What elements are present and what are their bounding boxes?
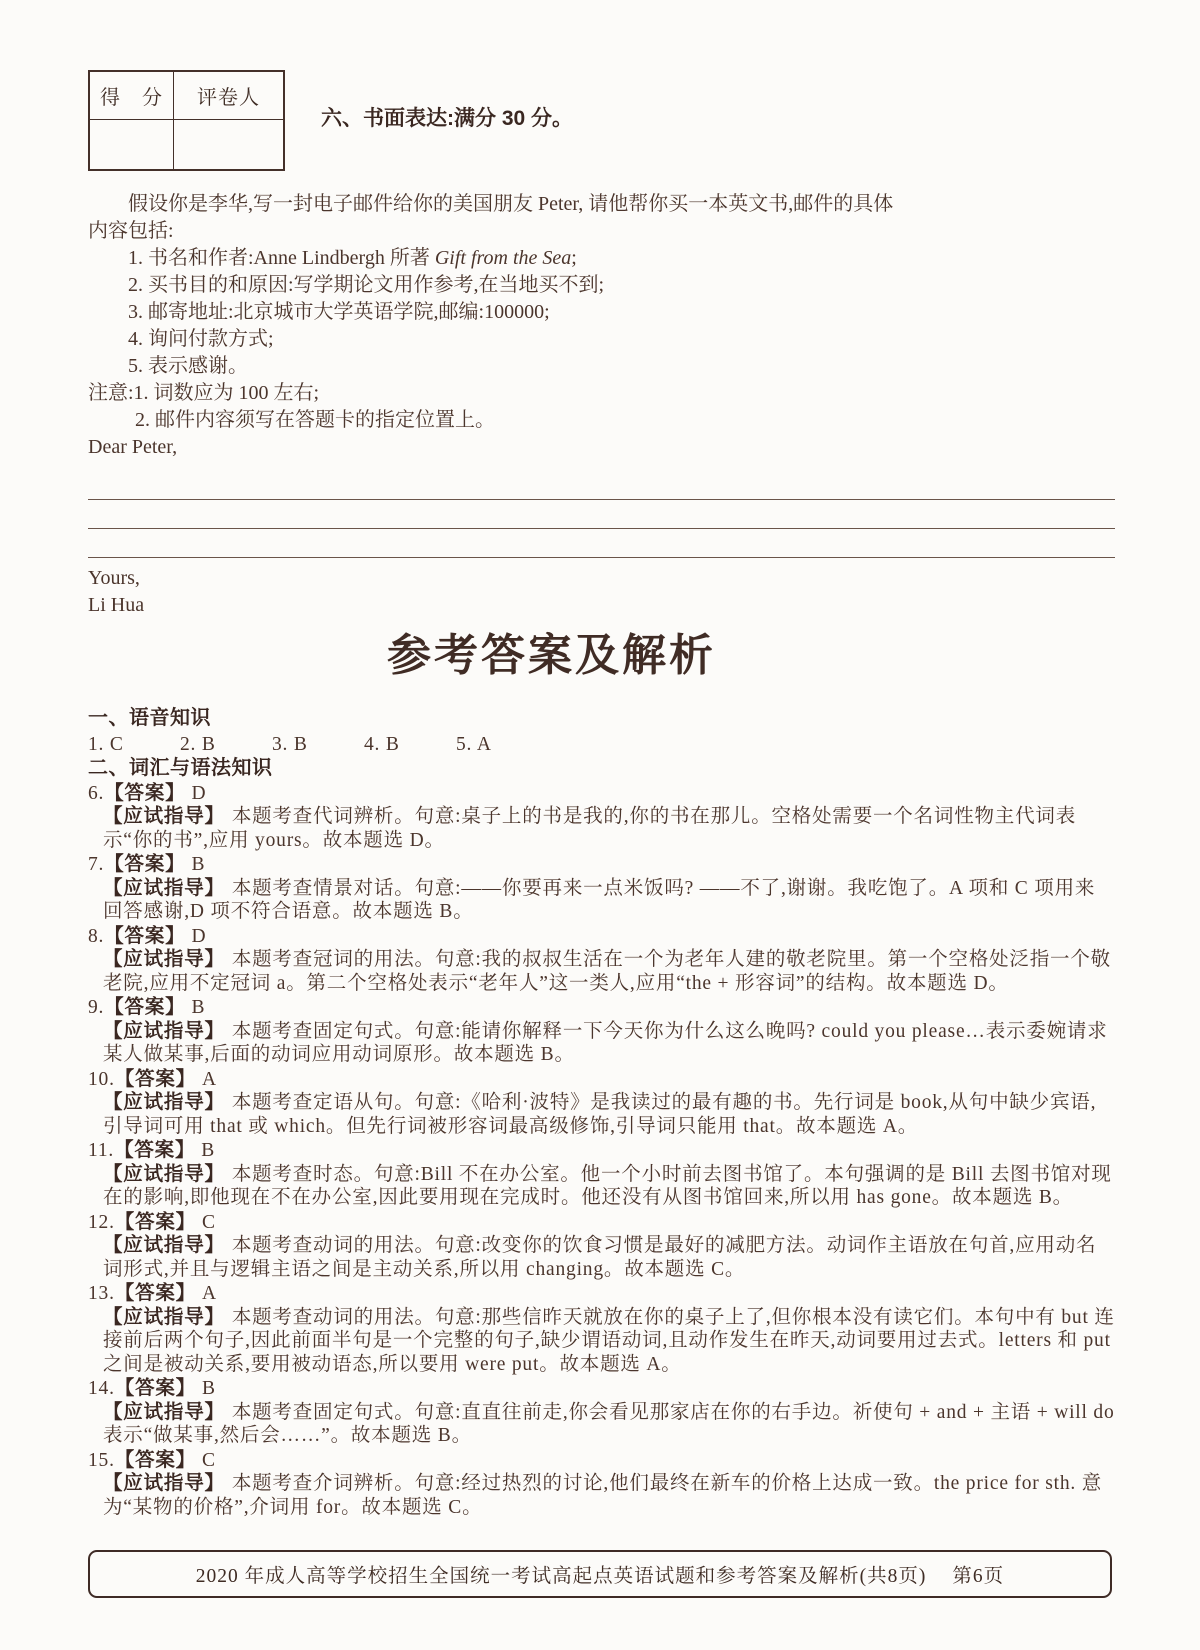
guide-label: 【应试指导】 xyxy=(103,1234,225,1256)
guide-paragraph: 【应试指导】本题考查定语从句。句意:《哈利·波特》是我读过的最有趣的书。先行词是… xyxy=(103,1091,1115,1138)
task-item-text: ; xyxy=(571,247,577,269)
answer-number: 7. xyxy=(88,854,104,875)
guide-label: 【应试指导】 xyxy=(103,1163,225,1185)
score-table: 得 分 评卷人 xyxy=(88,70,285,171)
section1-heading: 一、语音知识 xyxy=(88,707,1115,731)
answer-number: 13. xyxy=(88,1283,115,1304)
footer-text: 2020 年成人高等学校招生全国统一考试高起点英语试题和参考答案及解析(共8页) xyxy=(196,1560,927,1588)
guide-text: 本题考查固定句式。句意:能请你解释一下今天你为什么这么晚吗? could you… xyxy=(103,1021,1108,1066)
answer-label: 【答案】 xyxy=(104,925,185,947)
guide-label: 【应试指导】 xyxy=(103,1472,225,1494)
guide-text: 本题考查定语从句。句意:《哈利·波特》是我读过的最有趣的书。先行词是 book,… xyxy=(103,1092,1096,1137)
answer-line: 15.【答案】C xyxy=(88,1449,1115,1473)
guide-label: 【应试指导】 xyxy=(103,1020,225,1042)
answer-letter: C xyxy=(202,1212,216,1233)
answer-line: 12.【答案】C xyxy=(88,1211,1115,1235)
task-item: 4. 询问付款方式; xyxy=(88,326,1115,353)
answer-number: 15. xyxy=(88,1450,115,1471)
guide-paragraph: 【应试指导】本题考查介词辨析。句意:经过热烈的讨论,他们最终在新车的价格上达成一… xyxy=(103,1472,1115,1519)
guide-paragraph: 【应试指导】本题考查冠词的用法。句意:我的叔叔生活在一个为老年人建的敬老院里。第… xyxy=(103,948,1115,995)
grader-label-cell: 评卷人 xyxy=(174,72,283,120)
answer-letter: A xyxy=(202,1283,217,1304)
answer-line: 6.【答案】D xyxy=(88,782,1115,806)
answer-item: 8.【答案】D 【应试指导】本题考查冠词的用法。句意:我的叔叔生活在一个为老年人… xyxy=(88,925,1115,996)
writing-line xyxy=(88,529,1115,558)
guide-paragraph: 【应试指导】本题考查情景对话。句意:——你要再来一点米饭吗? ——不了,谢谢。我… xyxy=(103,877,1115,924)
guide-paragraph: 【应试指导】本题考查动词的用法。句意:那些信昨天就放在你的桌子上了,但你根本没有… xyxy=(103,1306,1115,1377)
answer-line: 8.【答案】D xyxy=(88,925,1115,949)
phonetic-answer: 4. B xyxy=(364,733,456,757)
answer-label: 【答案】 xyxy=(115,1377,196,1399)
guide-label: 【应试指导】 xyxy=(103,1306,225,1328)
answer-label: 【答案】 xyxy=(115,1068,196,1090)
answer-line: 7.【答案】B xyxy=(88,853,1115,877)
answer-letter: B xyxy=(202,1378,216,1399)
guide-label: 【应试指导】 xyxy=(103,1091,225,1113)
answer-label: 【答案】 xyxy=(104,853,185,875)
writing-task: 假设你是李华,写一封电子邮件给你的美国朋友 Peter, 请他帮你买一本英文书,… xyxy=(88,191,1115,461)
closing: Yours, Li Hua xyxy=(88,565,1115,619)
answer-item: 15.【答案】C 【应试指导】本题考查介词辨析。句意:经过热烈的讨论,他们最终在… xyxy=(88,1449,1115,1520)
writing-line xyxy=(88,461,1115,500)
answer-item: 11.【答案】B 【应试指导】本题考查时态。句意:Bill 不在办公室。他一个小… xyxy=(88,1139,1115,1210)
answer-key: 一、语音知识 1. C 2. B 3. B 4. B 5. A 二、词汇与语法知… xyxy=(88,707,1115,1519)
answer-label: 【答案】 xyxy=(115,1211,196,1233)
writing-lines xyxy=(88,461,1115,558)
answer-label: 【答案】 xyxy=(114,1139,195,1161)
guide-label: 【应试指导】 xyxy=(103,1401,225,1423)
answer-letter: A xyxy=(202,1069,217,1090)
answer-item: 7.【答案】B 【应试指导】本题考查情景对话。句意:——你要再来一点米饭吗? —… xyxy=(88,853,1115,924)
score-empty-cell xyxy=(90,120,174,169)
answer-item: 9.【答案】B 【应试指导】本题考查固定句式。句意:能请你解释一下今天你为什么这… xyxy=(88,996,1115,1067)
phonetic-answer: 5. A xyxy=(456,733,548,757)
answer-line: 11.【答案】B xyxy=(88,1139,1115,1163)
answer-line: 10.【答案】A xyxy=(88,1068,1115,1092)
closing-yours: Yours, xyxy=(88,565,1115,592)
guide-text: 本题考查冠词的用法。句意:我的叔叔生活在一个为老年人建的敬老院里。第一个空格处泛… xyxy=(103,949,1111,994)
answer-item: 14.【答案】B 【应试指导】本题考查固定句式。句意:直直往前走,你会看见那家店… xyxy=(88,1377,1115,1448)
answer-number: 10. xyxy=(88,1069,115,1090)
section2-heading: 二、词汇与语法知识 xyxy=(88,757,1115,781)
guide-text: 本题考查情景对话。句意:——你要再来一点米饭吗? ——不了,谢谢。我吃饱了。A … xyxy=(103,878,1095,923)
guide-text: 本题考查动词的用法。句意:改变你的饮食习惯是最好的减肥方法。动词作主语放在句首,… xyxy=(103,1235,1096,1280)
answer-label: 【答案】 xyxy=(104,996,185,1018)
answer-letter: C xyxy=(202,1450,216,1471)
answer-key-title: 参考答案及解析 xyxy=(38,631,1065,681)
guide-label: 【应试指导】 xyxy=(103,877,225,899)
note-line: 2. 邮件内容须写在答题卡的指定位置上。 xyxy=(88,407,1115,434)
guide-text: 本题考查介词辨析。句意:经过热烈的讨论,他们最终在新车的价格上达成一致。the … xyxy=(103,1473,1102,1518)
answer-number: 12. xyxy=(88,1212,115,1233)
guide-text: 本题考查时态。句意:Bill 不在办公室。他一个小时前去图书馆了。本句强调的是 … xyxy=(103,1164,1112,1209)
answer-number: 14. xyxy=(88,1378,115,1399)
guide-text: 本题考查代词辨析。句意:桌子上的书是我的,你的书在那儿。空格处需要一个名词性物主… xyxy=(103,806,1076,851)
answer-label: 【答案】 xyxy=(115,1449,196,1471)
section6-heading: 六、书面表达:满分 30 分。 xyxy=(321,102,573,132)
closing-name: Li Hua xyxy=(88,592,1115,619)
answer-label: 【答案】 xyxy=(104,782,185,804)
task-item: 5. 表示感谢。 xyxy=(88,353,1115,380)
answer-item: 13.【答案】A 【应试指导】本题考查动词的用法。句意:那些信昨天就放在你的桌子… xyxy=(88,1282,1115,1376)
page-number: 第6页 xyxy=(952,1560,1004,1588)
answer-item: 10.【答案】A 【应试指导】本题考查定语从句。句意:《哈利·波特》是我读过的最… xyxy=(88,1068,1115,1139)
score-label-cell: 得 分 xyxy=(90,72,174,120)
guide-paragraph: 【应试指导】本题考查动词的用法。句意:改变你的饮食习惯是最好的减肥方法。动词作主… xyxy=(103,1234,1115,1281)
book-title-italic: Gift from the Sea xyxy=(435,247,571,269)
guide-paragraph: 【应试指导】本题考查代词辨析。句意:桌子上的书是我的,你的书在那儿。空格处需要一… xyxy=(103,805,1115,852)
guide-paragraph: 【应试指导】本题考查时态。句意:Bill 不在办公室。他一个小时前去图书馆了。本… xyxy=(103,1163,1115,1210)
phonetic-answer: 3. B xyxy=(272,733,364,757)
exam-answer-page: 得 分 评卷人 六、书面表达:满分 30 分。 假设你是李华,写一封电子邮件给你… xyxy=(0,0,1200,1650)
guide-label: 【应试指导】 xyxy=(103,805,225,827)
phonetic-answer: 1. C xyxy=(88,733,180,757)
answer-label: 【答案】 xyxy=(115,1282,196,1304)
task-item: 2. 买书目的和原因:写学期论文用作参考,在当地买不到; xyxy=(88,272,1115,299)
task-item: 3. 邮寄地址:北京城市大学英语学院,邮编:100000; xyxy=(88,299,1115,326)
answer-number: 6. xyxy=(88,783,104,804)
answer-letter: B xyxy=(201,1140,215,1161)
answer-letter: D xyxy=(191,783,206,804)
guide-paragraph: 【应试指导】本题考查固定句式。句意:能请你解释一下今天你为什么这么晚吗? cou… xyxy=(103,1020,1115,1067)
task-intro-line: 内容包括: xyxy=(88,218,1115,245)
task-item-text: 1. 书名和作者:Anne Lindbergh 所著 xyxy=(128,247,435,269)
answer-line: 9.【答案】B xyxy=(88,996,1115,1020)
answer-line: 14.【答案】B xyxy=(88,1377,1115,1401)
answer-item: 12.【答案】C 【应试指导】本题考查动词的用法。句意:改变你的饮食习惯是最好的… xyxy=(88,1211,1115,1282)
phonetic-answers-row: 1. C 2. B 3. B 4. B 5. A xyxy=(88,733,1115,757)
guide-label: 【应试指导】 xyxy=(103,948,225,970)
answer-number: 11. xyxy=(88,1140,114,1161)
writing-line xyxy=(88,500,1115,529)
answer-letter: D xyxy=(191,926,206,947)
guide-text: 本题考查动词的用法。句意:那些信昨天就放在你的桌子上了,但你根本没有读它们。本句… xyxy=(103,1307,1115,1375)
note-line: 注意:1. 词数应为 100 左右; xyxy=(88,380,1115,407)
task-item: 1. 书名和作者:Anne Lindbergh 所著 Gift from the… xyxy=(88,245,1115,272)
phonetic-answer: 2. B xyxy=(180,733,272,757)
answer-letter: B xyxy=(191,854,205,875)
footer-box: 2020 年成人高等学校招生全国统一考试高起点英语试题和参考答案及解析(共8页)… xyxy=(88,1550,1112,1598)
task-intro-line: 假设你是李华,写一封电子邮件给你的美国朋友 Peter, 请他帮你买一本英文书,… xyxy=(88,191,1115,218)
answer-letter: B xyxy=(191,997,205,1018)
grader-empty-cell xyxy=(174,120,283,169)
answer-number: 9. xyxy=(88,997,104,1018)
guide-paragraph: 【应试指导】本题考查固定句式。句意:直直往前走,你会看见那家店在你的右手边。祈使… xyxy=(103,1401,1115,1448)
guide-text: 本题考查固定句式。句意:直直往前走,你会看见那家店在你的右手边。祈使句 + an… xyxy=(103,1402,1115,1447)
answer-line: 13.【答案】A xyxy=(88,1282,1115,1306)
salutation: Dear Peter, xyxy=(88,434,1115,461)
answer-item: 6.【答案】D 【应试指导】本题考查代词辨析。句意:桌子上的书是我的,你的书在那… xyxy=(88,782,1115,853)
answer-number: 8. xyxy=(88,926,104,947)
score-box-row: 得 分 评卷人 六、书面表达:满分 30 分。 xyxy=(88,70,1115,171)
